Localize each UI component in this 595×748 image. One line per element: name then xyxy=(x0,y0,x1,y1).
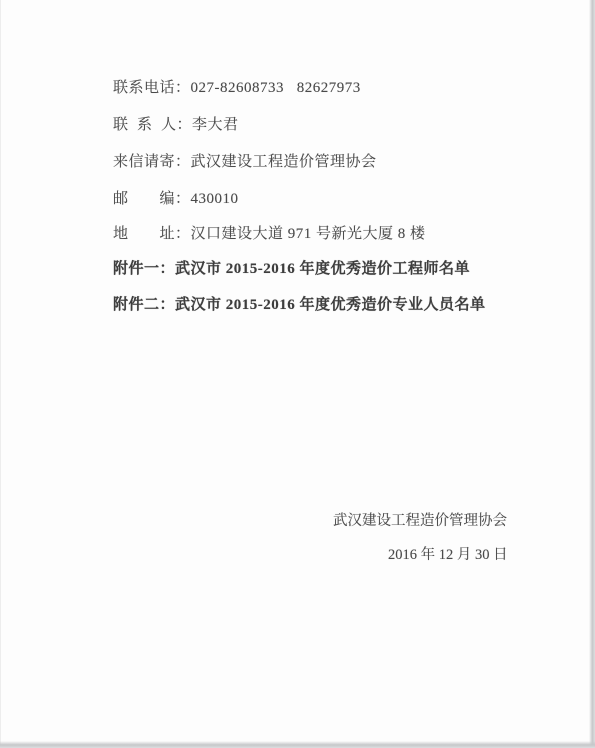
attachment-2-label: 附件二： xyxy=(113,297,175,313)
phone-value: 027-82608733 82627973 xyxy=(191,80,361,96)
mailto-label: 来信请寄： xyxy=(113,154,191,170)
page-edge-line-left xyxy=(0,0,1,748)
address-label: 地 址： xyxy=(113,226,191,242)
contact-line-postcode: 邮 编：430010 xyxy=(113,192,239,207)
signature-date: 2016 年 12 月 30 日 xyxy=(388,548,508,563)
contact-line-mailto: 来信请寄：武汉建设工程造价管理协会 xyxy=(113,155,377,170)
attachment-1-label: 附件一： xyxy=(113,261,175,277)
attachment-line-2: 附件二：武汉市 2015-2016 年度优秀造价专业人员名单 xyxy=(113,298,486,313)
signature-organization: 武汉建设工程造价管理协会 xyxy=(333,514,507,529)
contact-line-person: 联 系 人：李大君 xyxy=(113,118,239,133)
attachment-line-1: 附件一：武汉市 2015-2016 年度优秀造价工程师名单 xyxy=(113,262,470,277)
postcode-value: 430010 xyxy=(191,191,239,207)
person-label: 联 系 人： xyxy=(113,117,192,133)
attachment-1-title: 武汉市 2015-2016 年度优秀造价工程师名单 xyxy=(175,261,470,277)
mailto-value: 武汉建设工程造价管理协会 xyxy=(191,154,377,170)
address-value: 汉口建设大道 971 号新光大厦 8 楼 xyxy=(191,226,426,242)
document-page: 联系电话：027-82608733 82627973 联 系 人：李大君 来信请… xyxy=(0,0,595,748)
postcode-label: 邮 编： xyxy=(113,191,191,207)
phone-label: 联系电话： xyxy=(113,80,191,96)
contact-line-phone: 联系电话：027-82608733 82627973 xyxy=(113,81,361,96)
person-value: 李大君 xyxy=(192,117,239,133)
contact-line-address: 地 址：汉口建设大道 971 号新光大厦 8 楼 xyxy=(113,227,426,242)
page-edge-shadow-right xyxy=(589,0,595,748)
page-edge-shadow-bottom xyxy=(0,741,595,748)
attachment-2-title: 武汉市 2015-2016 年度优秀造价专业人员名单 xyxy=(175,297,486,313)
